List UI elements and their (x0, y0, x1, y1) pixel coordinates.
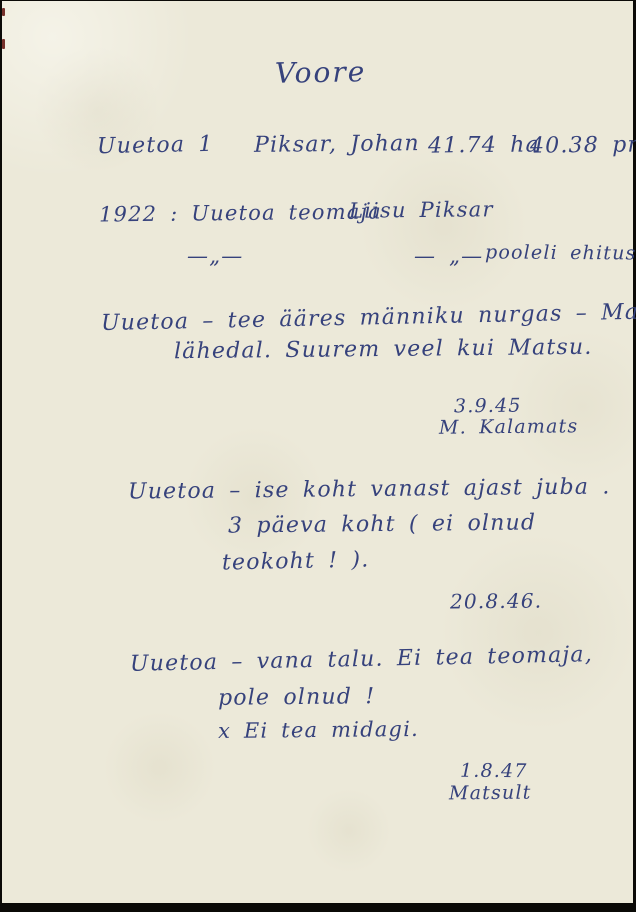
farm-name: Uuetoa 1 (97, 134, 214, 158)
entry-1922-person: Liisu Piksar (349, 199, 494, 222)
note-1947-date: 1.8.47 (460, 762, 528, 781)
entry-1922-note: pooleli ehitusel (485, 243, 636, 263)
note-1946-line2: 3 päeva koht ( ei olnud (228, 512, 536, 537)
note-1945-signature: M. Kalamats (439, 417, 579, 437)
note-1947-line2: pole olnud ! (218, 686, 376, 710)
note-1947-line3: x Ei tea midagi. (218, 719, 419, 742)
entry-1922-line: 1922 : Uuetoa teomaja (99, 202, 382, 226)
note-1947-line1: Uuetoa – vana talu. Ei tea teomaja, (130, 644, 593, 676)
note-1946-line1: Uuetoa – ise koht vanast ajast juba . (128, 476, 611, 503)
paper: Voore Uuetoa 1 Piksar, Johan 41.74 ha 40… (2, 1, 633, 903)
scanned-page: Voore Uuetoa 1 Piksar, Johan 41.74 ha 40… (0, 0, 636, 912)
note-1946-date: 20.8.46. (450, 591, 543, 612)
note-1945-line1: Uuetoa – tee ääres männiku nurgas – Mats… (101, 301, 636, 335)
note-1945-line2: lähedal. Suurem veel kui Matsu. (174, 337, 593, 363)
edge-mark (2, 8, 5, 16)
area-pm: 40.38 pm. (530, 134, 636, 157)
ditto-mark: — „— (414, 246, 483, 267)
edge-mark (2, 39, 5, 49)
note-1947-signature: Matsult (449, 784, 532, 804)
owner-name: Piksar, Johan (254, 133, 420, 157)
area-hectares: 41.74 ha (428, 134, 540, 157)
page-title: Voore (275, 58, 367, 88)
note-1946-line3: teokoht ! ). (222, 549, 370, 574)
ditto-mark: —„— (187, 246, 243, 267)
note-1945-date: 3.9.45 (454, 397, 522, 417)
